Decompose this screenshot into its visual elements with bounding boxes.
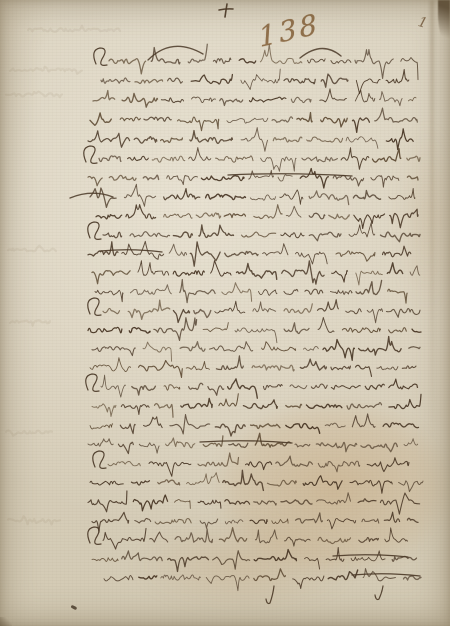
water-stain-right [392, 120, 450, 320]
water-stain-lower [130, 515, 360, 615]
ink-speck [71, 605, 77, 610]
handwriting-svg [0, 0, 450, 626]
corner-shadow-top-right [438, 0, 450, 46]
folio-number: 138 [257, 7, 322, 54]
showthrough-group [6, 26, 120, 525]
corner-shadow-bottom-left [0, 617, 12, 626]
water-stain-main [212, 398, 450, 576]
paper-texture [0, 0, 450, 626]
page-crease [430, 0, 434, 440]
manuscript-page: 138 1 [0, 0, 450, 626]
edge-vignette [0, 0, 450, 626]
page-number: 1 [416, 14, 429, 32]
handwriting-group [70, 4, 423, 604]
